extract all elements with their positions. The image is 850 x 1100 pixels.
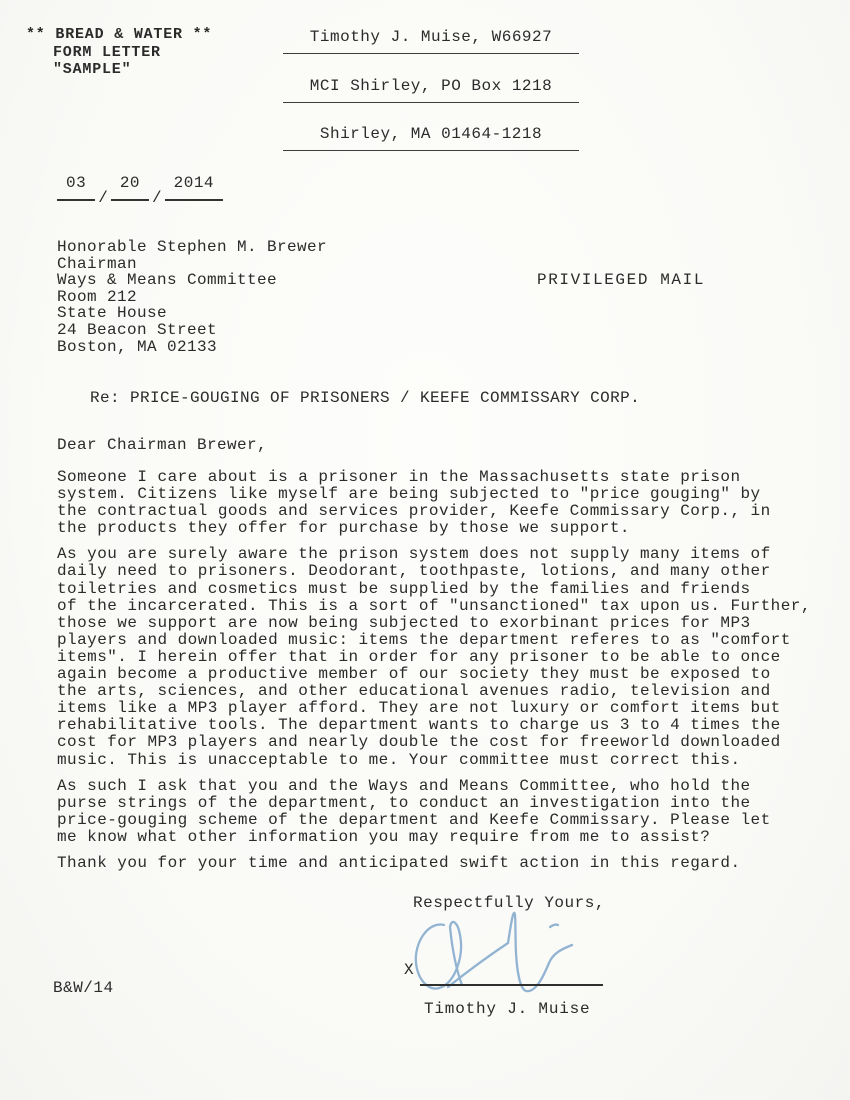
- recipient-line: Boston, MA 02133: [57, 339, 327, 356]
- privileged-mail-marking: PRIVILEGED MAIL: [537, 271, 705, 289]
- date-day: 20: [111, 174, 149, 201]
- body-paragraph-4: Thank you for your time and anticipated …: [57, 855, 827, 872]
- stamp-line-2: FORM LETTER: [26, 44, 212, 62]
- signed-name: Timothy J. Muise: [424, 1000, 590, 1018]
- signature-ink: [410, 903, 590, 1003]
- bread-and-water-stamp: ** BREAD & WATER ** FORM LETTER "SAMPLE": [26, 26, 212, 79]
- recipient-address-block: Honorable Stephen M. Brewer Chairman Way…: [57, 239, 327, 355]
- recipient-line: State House: [57, 305, 327, 322]
- recipient-line: Honorable Stephen M. Brewer: [57, 239, 327, 256]
- body-paragraph-1: Someone I care about is a prisoner in th…: [57, 469, 827, 537]
- date-separator: /: [95, 189, 111, 207]
- sender-name-line: Timothy J. Muise, W66927: [283, 28, 579, 54]
- stamp-line-1: ** BREAD & WATER **: [26, 26, 212, 44]
- sender-city-line: Shirley, MA 01464-1218: [283, 125, 579, 151]
- recipient-line: Ways & Means Committee: [57, 272, 327, 289]
- recipient-line: Chairman: [57, 256, 327, 273]
- salutation: Dear Chairman Brewer,: [57, 436, 267, 454]
- letter-page: ** BREAD & WATER ** FORM LETTER "SAMPLE"…: [0, 0, 850, 1100]
- date-separator: /: [149, 189, 165, 207]
- date-field: 03 / 20 / 2014: [57, 174, 223, 201]
- signature-line: [420, 966, 603, 986]
- sender-address-line: MCI Shirley, PO Box 1218: [283, 77, 579, 103]
- subject-line: Re: PRICE-GOUGING OF PRISONERS / KEEFE C…: [90, 389, 640, 407]
- date-year: 2014: [165, 174, 223, 201]
- date-month: 03: [57, 174, 95, 201]
- letter-body: Someone I care about is a prisoner in th…: [57, 469, 827, 881]
- body-paragraph-2: As you are surely aware the prison syste…: [57, 546, 827, 768]
- signature-x-mark: X: [404, 961, 414, 979]
- recipient-line: Room 212: [57, 289, 327, 306]
- stamp-line-3: "SAMPLE": [26, 61, 212, 79]
- recipient-line: 24 Beacon Street: [57, 322, 327, 339]
- body-paragraph-3: As such I ask that you and the Ways and …: [57, 778, 827, 846]
- form-code: B&W/14: [53, 979, 114, 997]
